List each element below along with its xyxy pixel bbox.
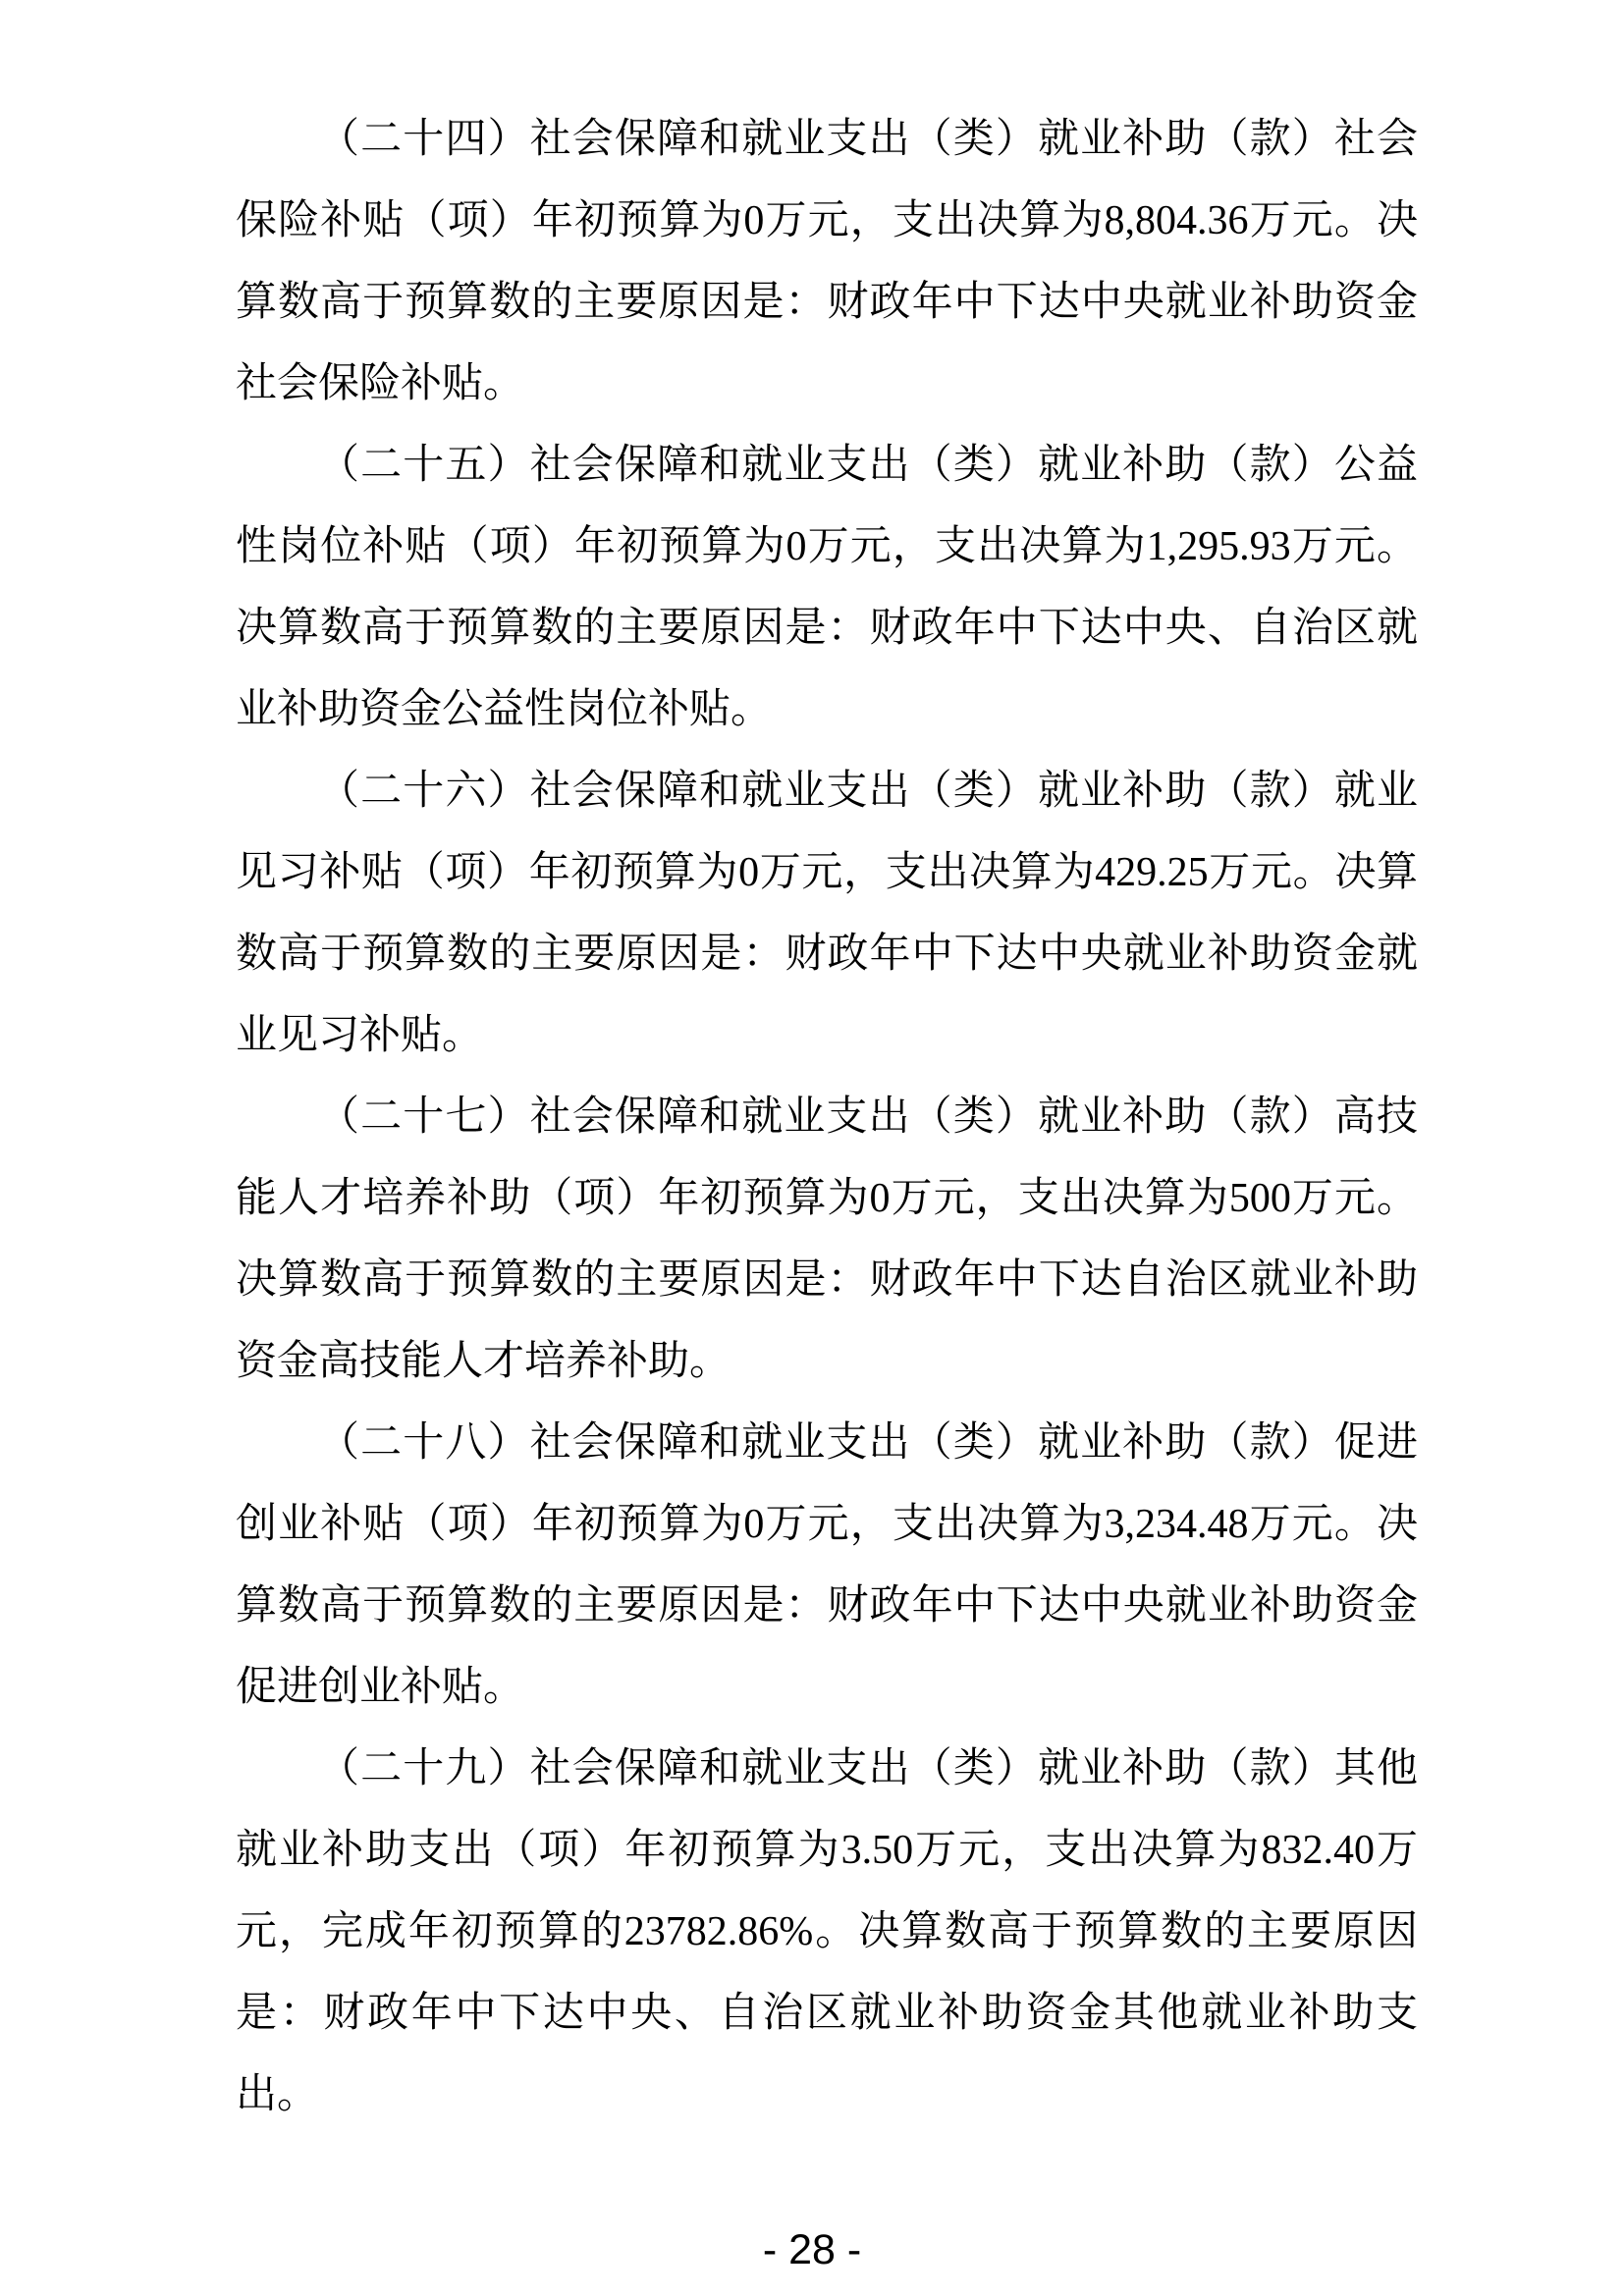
text-line: 业补助资金公益性岗位补贴。 [236, 669, 1418, 751]
text-line: 算数高于预算数的主要原因是：财政年中下达中央就业补助资金 [236, 1566, 1418, 1647]
text-line: 元，完成年初预算的23782.86%。决算数高于预算数的主要原因 [236, 1892, 1418, 1973]
text-line: 数高于预算数的主要原因是：财政年中下达中央就业补助资金就 [236, 914, 1418, 995]
text-line: 资金高技能人才培养补助。 [236, 1321, 1418, 1403]
text-line: 见习补贴（项）年初预算为0万元，支出决算为429.25万元。决算 [236, 832, 1418, 914]
text-line: 决算数高于预算数的主要原因是：财政年中下达中央、自治区就 [236, 588, 1418, 669]
text-line: 能人才培养补助（项）年初预算为0万元，支出决算为500万元。 [236, 1158, 1418, 1240]
paragraph: （二十九）社会保障和就业支出（类）就业补助（款）其他就业补助支出（项）年初预算为… [236, 1729, 1418, 2136]
text-line: 决算数高于预算数的主要原因是：财政年中下达自治区就业补助 [236, 1240, 1418, 1321]
paragraph: （二十四）社会保障和就业支出（类）就业补助（款）社会保险补贴（项）年初预算为0万… [236, 99, 1418, 425]
page-number: - 28 - [763, 2226, 861, 2273]
text-line: 算数高于预算数的主要原因是：财政年中下达中央就业补助资金 [236, 262, 1418, 344]
document-body: （二十四）社会保障和就业支出（类）就业补助（款）社会保险补贴（项）年初预算为0万… [236, 99, 1418, 2136]
text-line: （二十六）社会保障和就业支出（类）就业补助（款）就业 [236, 751, 1418, 832]
paragraph: （二十六）社会保障和就业支出（类）就业补助（款）就业见习补贴（项）年初预算为0万… [236, 751, 1418, 1077]
page-footer: - 28 - [0, 2220, 1624, 2279]
paragraph: （二十七）社会保障和就业支出（类）就业补助（款）高技能人才培养补助（项）年初预算… [236, 1077, 1418, 1403]
text-line: 业见习补贴。 [236, 995, 1418, 1077]
text-line: 就业补助支出（项）年初预算为3.50万元，支出决算为832.40万 [236, 1810, 1418, 1892]
text-line: 创业补贴（项）年初预算为0万元，支出决算为3,234.48万元。决 [236, 1484, 1418, 1566]
paragraph: （二十八）社会保障和就业支出（类）就业补助（款）促进创业补贴（项）年初预算为0万… [236, 1403, 1418, 1729]
text-line: （二十四）社会保障和就业支出（类）就业补助（款）社会 [236, 99, 1418, 181]
text-line: 出。 [236, 2055, 1418, 2136]
text-line: 促进创业补贴。 [236, 1647, 1418, 1729]
text-line: （二十七）社会保障和就业支出（类）就业补助（款）高技 [236, 1077, 1418, 1158]
text-line: （二十九）社会保障和就业支出（类）就业补助（款）其他 [236, 1729, 1418, 1810]
text-line: （二十八）社会保障和就业支出（类）就业补助（款）促进 [236, 1403, 1418, 1484]
text-line: 保险补贴（项）年初预算为0万元，支出决算为8,804.36万元。决 [236, 181, 1418, 262]
text-line: 社会保险补贴。 [236, 344, 1418, 425]
text-line: 是：财政年中下达中央、自治区就业补助资金其他就业补助支 [236, 1973, 1418, 2055]
text-line: 性岗位补贴（项）年初预算为0万元，支出决算为1,295.93万元。 [236, 507, 1418, 588]
text-line: （二十五）社会保障和就业支出（类）就业补助（款）公益 [236, 425, 1418, 507]
document-page: （二十四）社会保障和就业支出（类）就业补助（款）社会保险补贴（项）年初预算为0万… [0, 0, 1624, 2296]
paragraph: （二十五）社会保障和就业支出（类）就业补助（款）公益性岗位补贴（项）年初预算为0… [236, 425, 1418, 751]
